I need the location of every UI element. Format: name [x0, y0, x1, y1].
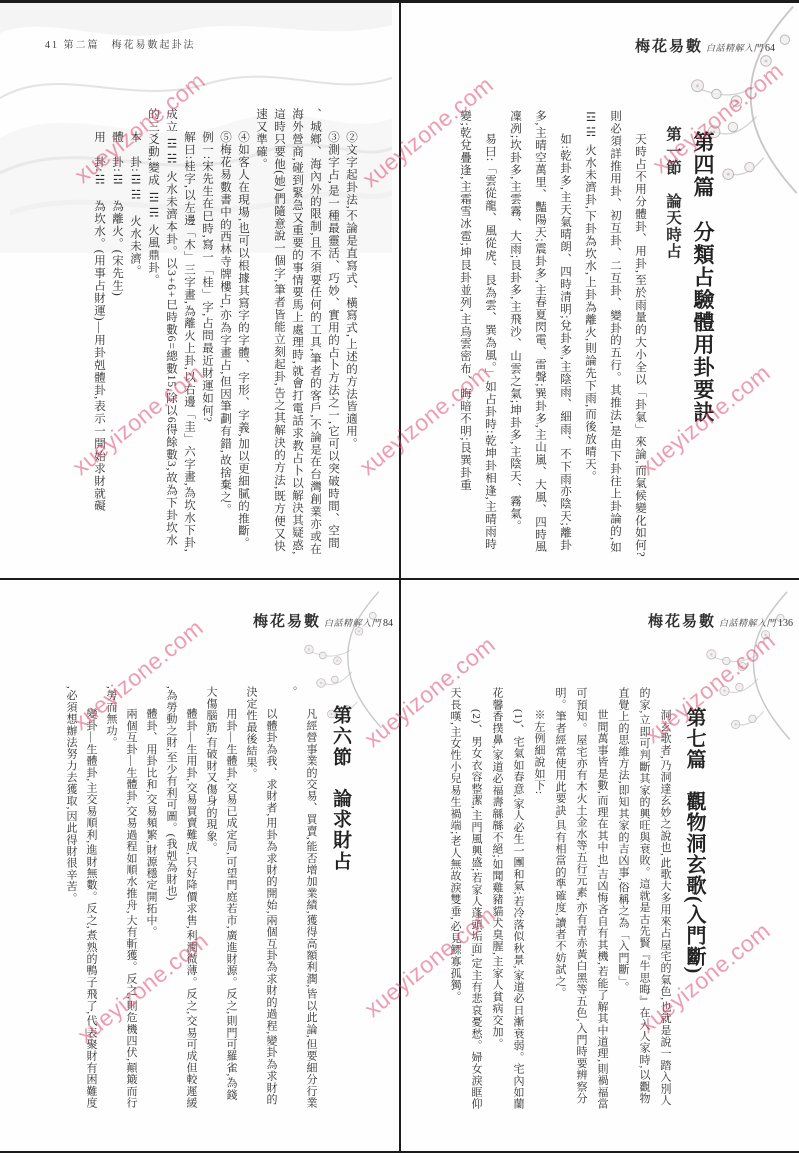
body-paragraph: (1)、宅氣如春意,家人必生一團和氣;若冷落似秋景,家道必日漸衰弱。宅內如蘭花馨…: [486, 687, 528, 1111]
page-bottom-right: 梅花易數白話精解入門136 第七篇 觀物洞玄歌(入門斷) 洞玄歌者,乃洞達玄妙之…: [401, 580, 799, 1151]
body-paragraph: 兩個互卦—生體卦,交易過程如順水推舟,大有斬獲。反之,則危機四伏,顛簸而行,勞而…: [101, 686, 141, 1110]
running-header: 梅花易數白話精解入門84: [253, 610, 393, 631]
body-paragraph: 天時占不用分體卦、用卦,至於雨量的大小全以「卦氣」來論,而氣候變化如何?則必須詳…: [577, 110, 652, 560]
body-paragraph: 以體卦為我、求財者,用卦為求財的開始,兩個互卦為求財的過程,變卦為求財的決定性最…: [241, 686, 281, 1110]
body-paragraph: 體卦—生用卦,交易買賣難成,只好降價求售,利潤微薄。反之,交易可成但較遲緩,為勞…: [161, 686, 201, 1110]
body-paragraph: 變卦—生體卦,主交易順利,進財無數。反之,煮熟的鴨子飛了,代表聚財有困難度,必須…: [61, 686, 101, 1110]
body-paragraph: (2)、男女衣容整潔,主門風興盛;若家人蓬頭垢面,定主有悲哀憂愁。婦女淚眶仰天長…: [444, 687, 486, 1111]
page-body-text: ②文字起卦法,不論是直寫式、橫寫式,上述的方法皆適用。 ③測字占,是一種最靈活、…: [30, 108, 360, 556]
scan-border-bottom: [0, 1151, 799, 1153]
page-divider-horizontal: [0, 578, 799, 580]
body-paragraph: 如:乾卦多,主天氣晴朗、四時清明;兌卦多,主陰雨、細雨、不下雨亦陰天;離卦多,主…: [502, 110, 577, 560]
section-title: 第一節 論天時占: [660, 110, 684, 560]
page-body-text: 第四篇 分類占驗體用卦要訣 第一節 論天時占 天時占不用分體卦、用卦,至於雨量的…: [413, 110, 716, 560]
book-brand: 梅花易數: [253, 614, 321, 630]
running-header: 41 第二篇 梅花易數起卦法: [45, 36, 196, 51]
book-subtitle: 白話精解入門: [706, 43, 763, 53]
body-paragraph: 易曰:「雲從龍、風從虎、艮為雲、巽為風。」如占卦時:乾坤卦相逢,主晴雨時變;乾兌…: [452, 110, 502, 560]
page-top-left: 41 第二篇 梅花易數起卦法 ②文字起卦法,不論是直寫式、橫寫式,上述的方法皆適…: [0, 3, 399, 578]
book-subtitle: 白話精解入門: [324, 618, 381, 628]
body-paragraph: 洞玄歌者,乃洞達玄妙之說也,此歌大多用來占屋宅的氣色,也就是說一踏入別人的家,立…: [612, 687, 675, 1111]
body-paragraph: 體卦、用卦比和,交易頻繁,財源穩定開拓中。: [141, 686, 161, 1110]
hexagram-line-tikua: 體 卦:☲ 為離火。(宋先生): [108, 108, 126, 556]
page-number: 136: [778, 618, 793, 629]
body-paragraph: ④如客人在現場,也可以根據其寫字的字體、字形、字義,加以更細膩的推斷。: [234, 108, 252, 556]
chapter-title: 第四篇 分類占驗體用卦要訣: [689, 110, 716, 560]
page-body-text: 第六節 論求財占 凡經營事業的交易、買賣,能否增加業績,獲得高額利潤,皆以此論,…: [43, 686, 353, 1110]
body-paragraph: 解曰:桂字,以左邊「木」三字畫,為離火上卦,以右邊「圭」六字畫,為坎水下卦,成立…: [144, 108, 198, 556]
book-brand: 梅花易數: [648, 614, 716, 630]
body-paragraph: ⑤梅花易數書中的西林寺牌樓占,亦為字畫占,但因筆劃有錯,故捨棄之。: [216, 108, 234, 556]
body-paragraph: ②文字起卦法,不論是直寫式、橫寫式,上述的方法皆適用。: [342, 108, 360, 556]
page-body-text: 第七篇 觀物洞玄歌(入門斷) 洞玄歌者,乃洞達玄妙之說也,此歌大多用來占屋宅的氣…: [407, 687, 707, 1111]
hexagram-line-benkua: 本 卦:☲☵ 火水未濟。: [126, 108, 144, 556]
book-subtitle: 白話精解入門: [719, 618, 776, 628]
note-line: ※左例細說如下:: [528, 687, 549, 1111]
page-divider-vertical: [399, 0, 401, 1153]
book-brand: 梅花易數: [635, 39, 703, 55]
running-header: 梅花易數白話精解入門136: [648, 610, 793, 631]
chapter-title: 第七篇 觀物洞玄歌(入門斷): [681, 687, 707, 1111]
scanned-book-spread: { "watermark": { "text": "xueyizone.com"…: [0, 0, 799, 1159]
body-paragraph: 用卦—生體卦,交易已成定局,可望門庭若市,廣進財源。反之,則門可羅雀,為錢大傷腦…: [201, 686, 241, 1110]
page-number: 64: [765, 43, 775, 54]
body-paragraph: 凡經營事業的交易、買賣,能否增加業績,獲得高額利潤,皆以此論,但要細分行業。: [281, 686, 321, 1110]
page-top-right: 梅花易數白話精解入門64 第四篇 分類占驗體用卦要訣 第一節 論天時占 天時占不…: [401, 3, 799, 578]
section-title: 第六節 論求財占: [327, 686, 353, 1110]
page-number: 84: [383, 618, 393, 629]
body-paragraph: 世間萬事皆是數,而理在其中也,吉凶悔吝自有其機,若能了解其中道理,則禍福當可預知…: [549, 687, 612, 1111]
body-paragraph: ③測字占,是一種最靈活、巧妙、實用的占卜方法之一,它可以突破時間、空間、城鄉、海…: [252, 108, 342, 556]
body-paragraph: 例一:宋先生在巳時,寫一「桂」字,占問最近財運如何?: [198, 108, 216, 556]
running-header: 梅花易數白話精解入門64: [635, 35, 775, 56]
hexagram-line-yongkua: 用 卦:☵ 為坎水。(用事占財運)—用卦剋體卦,表示一開始求財就礙: [90, 108, 108, 556]
page-bottom-left: 梅花易數白話精解入門84 第六節 論求財占 凡經營事業的交易、買賣,能否增加業績…: [0, 580, 399, 1151]
